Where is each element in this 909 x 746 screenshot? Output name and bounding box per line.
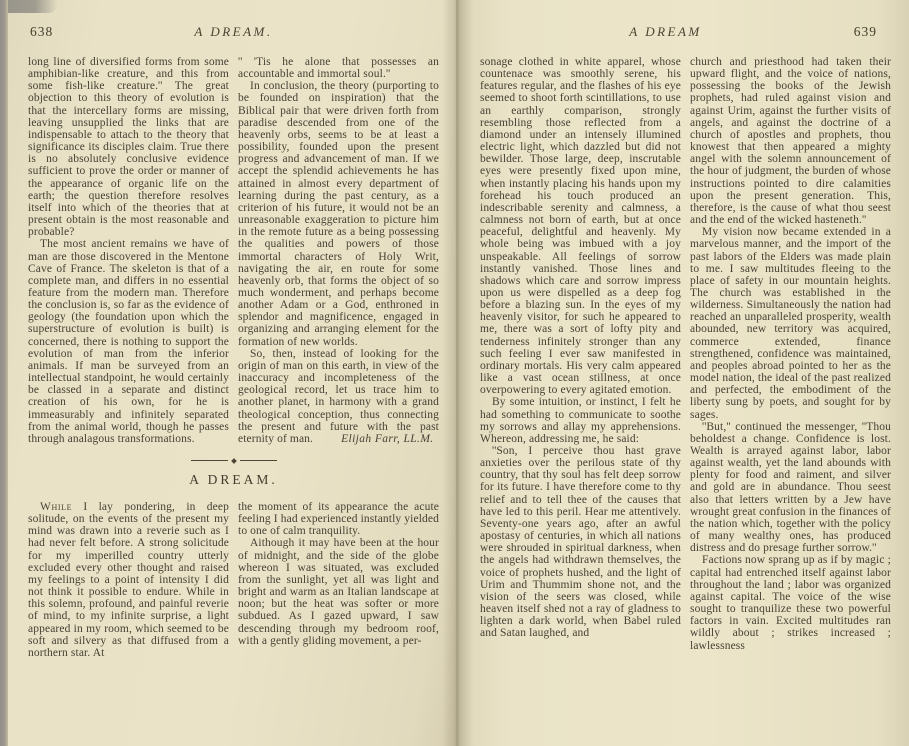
paragraph: church and priesthood had taken their up… <box>690 56 891 226</box>
paragraph: sonage clothed in white apparel, whose c… <box>480 56 681 396</box>
running-title-left: A DREAM. <box>28 24 439 40</box>
column-1: sonage clothed in white apparel, whose c… <box>480 56 681 652</box>
page-638: 638 A DREAM. long line of diversified fo… <box>0 0 456 746</box>
section-divider <box>28 458 439 463</box>
column-2: church and priesthood had taken their up… <box>690 56 891 652</box>
paragraph: The most ancient remains we have of man … <box>28 238 229 445</box>
page-header-left: 638 A DREAM. <box>28 24 439 41</box>
page-header-right: A DREAM 639 <box>480 24 891 41</box>
paragraph: long line of diversified forms from some… <box>28 56 229 238</box>
paragraph: Factions now sprang up as if by magic ; … <box>690 554 891 651</box>
paragraph: the moment of its appearance the acute f… <box>238 501 439 537</box>
paragraph: So, then, instead of looking for the ori… <box>238 348 439 445</box>
paragraph: '' 'Tis he alone that possesses an accou… <box>238 56 439 80</box>
paragraph: Aithough it may have been at the hour of… <box>238 537 439 646</box>
paragraph: ''But,'' continued the messenger, ''Thou… <box>690 421 891 555</box>
column-1: While I lay pondering, in deep solitude,… <box>28 501 229 659</box>
author-signature: Elijah Farr, LL.M. <box>329 433 434 445</box>
dream-article-columns: While I lay pondering, in deep solitude,… <box>28 501 439 659</box>
column-2: '' 'Tis he alone that possesses an accou… <box>238 56 439 445</box>
page-number-right: 639 <box>854 24 877 40</box>
divider-diamond-icon <box>231 458 237 464</box>
book-scan: 638 A DREAM. long line of diversified fo… <box>0 0 909 746</box>
prev-article-columns: long line of diversified forms from some… <box>28 56 439 445</box>
lead-word: While <box>40 501 72 513</box>
paragraph: My vision now became extended in a marve… <box>690 226 891 421</box>
divider-line <box>240 460 277 461</box>
paragraph: ''Son, I perceive thou hast grave anxiet… <box>480 445 681 640</box>
page-639: A DREAM 639 sonage clothed in white appa… <box>456 0 909 746</box>
scan-corner-shadow <box>0 0 58 13</box>
article-title: A DREAM. <box>28 472 439 488</box>
column-2: the moment of its appearance the acute f… <box>238 501 439 659</box>
paragraph: While I lay pondering, in deep solitude,… <box>28 501 229 659</box>
paragraph-text: So, then, instead of looking for the ori… <box>238 348 439 445</box>
column-1: long line of diversified forms from some… <box>28 56 229 445</box>
dream-article-columns-right: sonage clothed in white apparel, whose c… <box>480 56 891 652</box>
divider-line <box>191 460 228 461</box>
paragraph-text: I lay pondering, in deep solitude, on th… <box>28 501 229 659</box>
scan-edge <box>0 0 8 746</box>
paragraph: In conclusion, the theory (purporting to… <box>238 80 439 347</box>
paragraph: By some intuition, or instinct, I felt h… <box>480 396 681 445</box>
running-title-right: A DREAM <box>480 24 851 40</box>
